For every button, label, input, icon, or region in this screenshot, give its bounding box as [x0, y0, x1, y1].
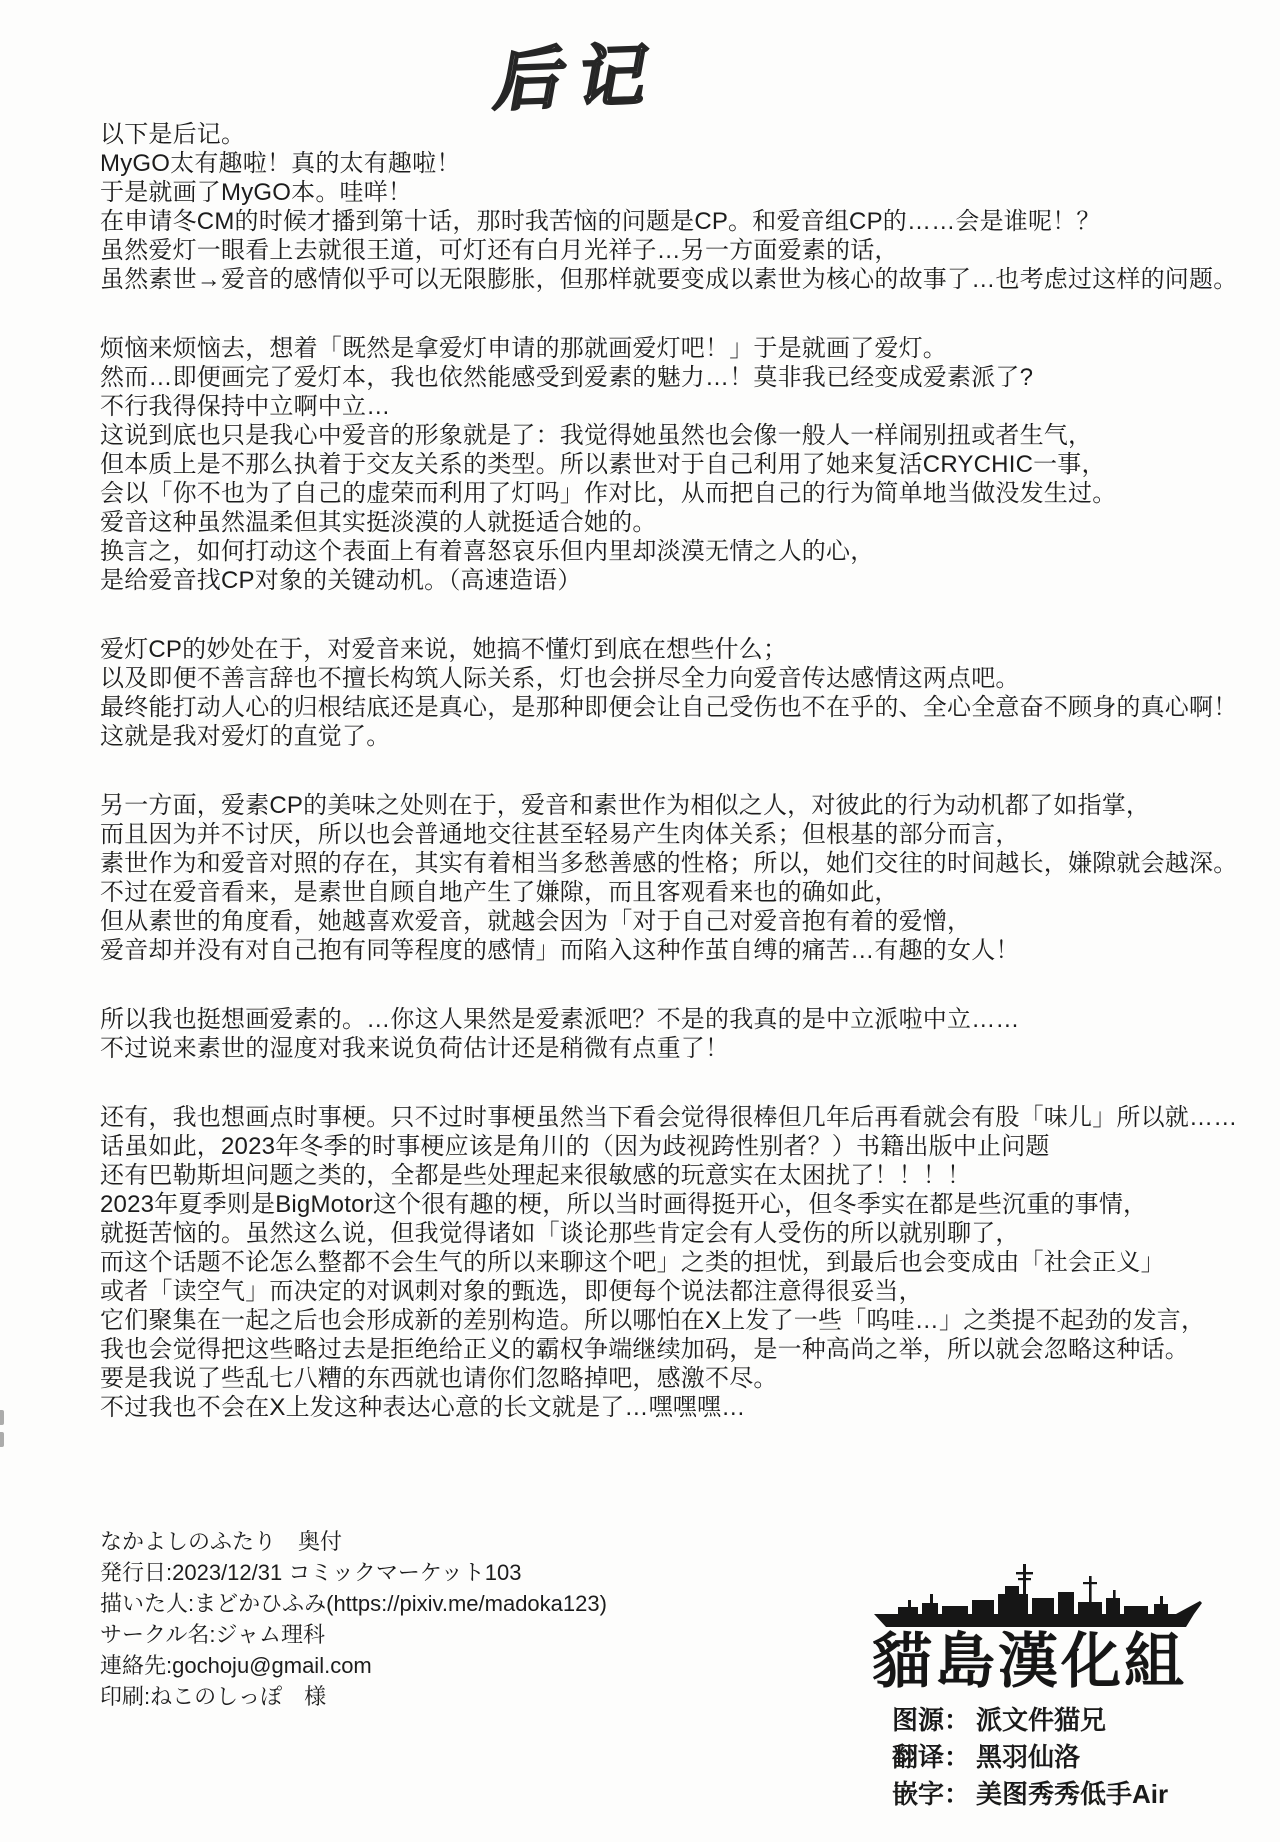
- afterword-line: 虽然素世→爱音的感情似乎可以无限膨胀，但那样就要变成以素世为核心的故事了…也考虑…: [100, 265, 1270, 294]
- translation-group-name: 貓島漢化組: [872, 1630, 1208, 1694]
- afterword-line: 爱音这种虽然温柔但其实挺淡漠的人就挺适合她的。: [100, 508, 1270, 537]
- afterword-line: 不过说来素世的湿度对我来说负荷估计还是稍微有点重了！: [100, 1034, 1270, 1063]
- afterword-line: 以及即便不善言辞也不擅长构筑人际关系，灯也会拼尽全力向爱音传达感情这两点吧。: [100, 664, 1270, 693]
- afterword-line: 以下是后记。: [100, 120, 1270, 149]
- afterword-paragraph: 爱灯CP的妙处在于，对爱音来说，她搞不懂灯到底在想些什么；以及即便不善言辞也不擅…: [100, 635, 1270, 751]
- afterword-line: 最终能打动人心的归根结底还是真心，是那种即便会让自己受伤也不在乎的、全心全意奋不…: [100, 693, 1270, 722]
- afterword-line: 这说到底也只是我心中爱音的形象就是了：我觉得她虽然也会像一般人一样闹别扭或者生气…: [100, 421, 1270, 450]
- afterword-paragraph: 另一方面，爱素CP的美味之处则在于，爱音和素世作为相似之人，对彼此的行为动机都了…: [100, 791, 1270, 965]
- credit-person: 黑羽仙洛: [976, 1742, 1080, 1772]
- afterword-line: 我也会觉得把这些略过去是拒绝给正义的霸权争端继续加码，是一种高尚之举，所以就会忽…: [100, 1335, 1270, 1364]
- afterword-line: 换言之，如何打动这个表面上有着喜怒哀乐但内里却淡漠无情之人的心，: [100, 537, 1270, 566]
- afterword-line: 不过在爱音看来，是素世自顾自地产生了嫌隙，而且客观看来也的确如此，: [100, 878, 1270, 907]
- afterword-line: 爱灯CP的妙处在于，对爱音来说，她搞不懂灯到底在想些什么；: [100, 635, 1270, 664]
- afterword-line: 但从素世的角度看，她越喜欢爱音，就越会因为「对于自己对爱音抱有着的爱憎，: [100, 907, 1270, 936]
- afterword-line: 而这个话题不论怎么整都不会生气的所以来聊这个吧」之类的担忧，到最后也会变成由「社…: [100, 1248, 1270, 1277]
- afterword-paragraph: 还有，我也想画点时事梗。只不过时事梗虽然当下看会觉得很棒但几年后再看就会有股「味…: [100, 1103, 1270, 1422]
- afterword-line: 于是就画了MyGO本。哇咩！: [100, 178, 1270, 207]
- afterword-line: 它们聚集在一起之后也会形成新的差别构造。所以哪怕在X上发了一些「呜哇…」之类提不…: [100, 1306, 1270, 1335]
- afterword-line: 然而…即便画完了爱灯本，我也依然能感受到爱素的魅力…！莫非我已经变成爱素派了?: [100, 363, 1270, 392]
- colophon-line: 印刷:ねこのしっぽ 様: [100, 1681, 740, 1712]
- translation-credits: 图源：派文件猫兄翻译：黑羽仙洛嵌字：美图秀秀低手Air: [872, 1702, 1208, 1813]
- colophon-line: 発行日:2023/12/31 コミックマーケット103: [100, 1557, 740, 1588]
- afterword-line: 或者「读空气」而决定的对讽刺对象的甄选，即便每个说法都注意得很妥当，: [100, 1277, 1270, 1306]
- credit-line: 图源：派文件猫兄: [892, 1702, 1208, 1739]
- warship-silhouette-icon: [872, 1562, 1202, 1628]
- afterword-line: 所以我也挺想画爱素的。…你这人果然是爱素派吧？不是的我真的是中立派啦中立……: [100, 1005, 1270, 1034]
- afterword-line: 素世作为和爱音对照的存在，其实有着相当多愁善感的性格；所以，她们交往的时间越长，…: [100, 849, 1270, 878]
- afterword-line: 是给爱音找CP对象的关键动机。（高速造语）: [100, 566, 1270, 595]
- afterword-paragraph: 以下是后记。MyGO太有趣啦！真的太有趣啦！于是就画了MyGO本。哇咩！在申请冬…: [100, 120, 1270, 294]
- afterword-line: 另一方面，爱素CP的美味之处则在于，爱音和素世作为相似之人，对彼此的行为动机都了…: [100, 791, 1270, 820]
- page-title: 后记: [489, 21, 671, 124]
- afterword-line: 这就是我对爱灯的直觉了。: [100, 722, 1270, 751]
- credit-line: 翻译：黑羽仙洛: [892, 1739, 1208, 1776]
- afterword-body: 以下是后记。MyGO太有趣啦！真的太有趣啦！于是就画了MyGO本。哇咩！在申请冬…: [100, 120, 1270, 1422]
- credit-role-label: 图源：: [892, 1705, 970, 1735]
- credit-role-label: 翻译：: [892, 1742, 970, 1772]
- afterword-line: 而且因为并不讨厌，所以也会普通地交往甚至轻易产生肉体关系；但根基的部分而言，: [100, 820, 1270, 849]
- translation-group-block: 貓島漢化組 图源：派文件猫兄翻译：黑羽仙洛嵌字：美图秀秀低手Air: [872, 1562, 1208, 1813]
- afterword-line: 在申请冬CM的时候才播到第十话，那时我苦恼的问题是CP。和爱音组CP的……会是谁…: [100, 207, 1270, 236]
- colophon-line: 連絡先:gochoju@gmail.com: [100, 1650, 740, 1681]
- colophon-line: サークル名:ジャム理科: [100, 1619, 740, 1650]
- scan-artifact-left-edge: [0, 1410, 6, 1456]
- afterword-paragraph: 烦恼来烦恼去，想着「既然是拿爱灯申请的那就画爱灯吧！」于是就画了爱灯。然而…即便…: [100, 334, 1270, 595]
- colophon: なかよしのふたり 奥付発行日:2023/12/31 コミックマーケット103描い…: [100, 1526, 740, 1712]
- afterword-line: 还有，我也想画点时事梗。只不过时事梗虽然当下看会觉得很棒但几年后再看就会有股「味…: [100, 1103, 1270, 1132]
- colophon-line: 描いた人:まどかひふみ(https://pixiv.me/madoka123): [100, 1588, 740, 1619]
- afterword-line: 烦恼来烦恼去，想着「既然是拿爱灯申请的那就画爱灯吧！」于是就画了爱灯。: [100, 334, 1270, 363]
- afterword-line: 不过我也不会在X上发这种表达心意的长文就是了…嘿嘿嘿…: [100, 1393, 1270, 1422]
- colophon-line: なかよしのふたり 奥付: [100, 1526, 740, 1557]
- credit-line: 嵌字：美图秀秀低手Air: [892, 1776, 1208, 1813]
- credit-person: 美图秀秀低手Air: [976, 1779, 1168, 1809]
- afterword-line: 要是我说了些乱七八糟的东西就也请你们忽略掉吧，感激不尽。: [100, 1364, 1270, 1393]
- afterword-line: 但本质上是不那么执着于交友关系的类型。所以素世对于自己利用了她来复活CRYCHI…: [100, 450, 1270, 479]
- afterword-line: 虽然爱灯一眼看上去就很王道，可灯还有白月光祥子…另一方面爱素的话，: [100, 236, 1270, 265]
- afterword-line: 2023年夏季则是BigMotor这个很有趣的梗，所以当时画得挺开心，但冬季实在…: [100, 1190, 1270, 1219]
- afterword-line: 还有巴勒斯坦问题之类的，全都是些处理起来很敏感的玩意实在太困扰了！！！！: [100, 1161, 1270, 1190]
- credit-role-label: 嵌字：: [892, 1779, 970, 1809]
- afterword-line: 不行我得保持中立啊中立…: [100, 392, 1270, 421]
- afterword-paragraph: 所以我也挺想画爱素的。…你这人果然是爱素派吧？不是的我真的是中立派啦中立……不过…: [100, 1005, 1270, 1063]
- afterword-line: MyGO太有趣啦！真的太有趣啦！: [100, 149, 1270, 178]
- afterword-line: 爱音却并没有对自己抱有同等程度的感情」而陷入这种作茧自缚的痛苦…有趣的女人！: [100, 936, 1270, 965]
- afterword-line: 会以「你不也为了自己的虚荣而利用了灯吗」作对比，从而把自己的行为简单地当做没发生…: [100, 479, 1270, 508]
- afterword-page: 后记 以下是后记。MyGO太有趣啦！真的太有趣啦！于是就画了MyGO本。哇咩！在…: [0, 0, 1280, 1842]
- credit-person: 派文件猫兄: [976, 1705, 1106, 1735]
- afterword-line: 话虽如此，2023年冬季的时事梗应该是角川的（因为歧视跨性别者？）书籍出版中止问…: [100, 1132, 1270, 1161]
- afterword-line: 就挺苦恼的。虽然这么说，但我觉得诸如「谈论那些肯定会有人受伤的所以就别聊了，: [100, 1219, 1270, 1248]
